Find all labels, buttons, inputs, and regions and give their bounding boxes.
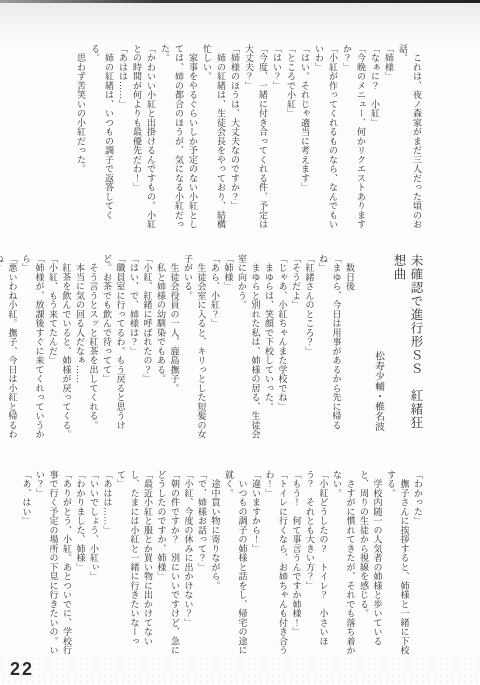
story-author: 松寿少輔・椎名波 bbox=[372, 351, 385, 440]
text-line: 「じゃあ、小紅ちゃんまた学校でね」 bbox=[275, 254, 289, 440]
text-line: 「姉様」 bbox=[382, 44, 396, 230]
text-line: 「小紅どうしたの？ トイレ？ 小さいほう？ それとも大きい方？」 bbox=[303, 470, 330, 656]
text-line: まゆらは、笑顔で下校していった。 bbox=[262, 254, 276, 440]
text-line: 生徒会室に入ると、キリっとした短髪の女子がいる。 bbox=[181, 254, 208, 440]
scan-shading bbox=[0, 3, 480, 45]
text-line: 姉の紅緒は、いつもの調子で返答してくる。 bbox=[88, 44, 116, 230]
text-line: 家事をやるぐらいしか予定のない小紅としては、姉の都合のほうが、気になる小紅だった… bbox=[158, 44, 200, 230]
text-line: 「あら、小紅？」 bbox=[208, 254, 222, 440]
text-area: これは、夜ノ森家がまだ三人だった頃のお話。「姉様」「なぁに？ 小紅」「今晩のメニ… bbox=[20, 44, 424, 656]
text-line: 「姉様が、放課後すぐに来てくれっていうから」 bbox=[19, 254, 46, 440]
text-line: 「まゆら、今日は用事があるから先に帰るね」 bbox=[316, 254, 343, 440]
text-line: 「はい、で、姉様は？」 bbox=[127, 254, 141, 440]
text-line: いつもの調子の姉様と話をし、帰宅の途に就く。 bbox=[222, 470, 249, 656]
text-line: 数日後 bbox=[343, 254, 357, 440]
text-band-middle: 未確認で進行形ＳＳ 紅緒狂想曲 松寿少輔・椎名波 数日後「まゆら、今日は用事があ… bbox=[20, 254, 424, 440]
text-line: これは、夜ノ森家がまだ三人だった頃のお話。 bbox=[396, 44, 424, 230]
text-line: 「そうだよ」 bbox=[289, 254, 303, 440]
text-line: 本当に気の回る人だなぁ…… bbox=[73, 254, 87, 440]
text-line: 「かわいい小紅と出掛けるんですもの。小紅との時間が何よりも最優先だわ！」 bbox=[130, 44, 158, 230]
text-line: 「はい？」 bbox=[270, 44, 284, 230]
text-line: 「いいでしょう、小紅ぃ」 bbox=[87, 470, 101, 656]
text-line: 私と姉様の幼馴染でもある。 bbox=[154, 254, 168, 440]
text-line: 「はい。それじゃ適当に考えます」 bbox=[298, 44, 312, 230]
text-line: 姉の紅緒は、生徒会長をやっており、結構忙しい。 bbox=[200, 44, 228, 230]
text-line: 「ところで小紅」 bbox=[284, 44, 298, 230]
text-line: 「あはは……」 bbox=[100, 470, 114, 656]
text-line: 「姉様」 bbox=[221, 254, 235, 440]
text-band-bottom: 「わかった」 撫子さんに挨拶すると、姉様と一緒に下校する。 学校内随一の人気者の… bbox=[20, 470, 424, 656]
text-line: 「今晩のメニュー、何かリクエストありますか？」 bbox=[340, 44, 368, 230]
text-line: 「わかった」 bbox=[411, 470, 425, 656]
text-line: 「違いますから！」 bbox=[249, 470, 263, 656]
text-line: 「小紅、今度の休みに出かけない？」 bbox=[181, 470, 195, 656]
text-line: 「ありがとう、小紅。あとついでに、学校行事で行く予定の場所の下見に行きたいの。い… bbox=[33, 470, 74, 656]
story-title: 未確認で進行形ＳＳ 紅緒狂想曲 bbox=[390, 254, 424, 440]
text-line: 「姉様のほうは、大丈夫なのですか？」 bbox=[228, 44, 242, 230]
text-line: 「小紅、紅緒に呼ばれたの？」 bbox=[140, 254, 154, 440]
text-line: 「職員室に行ってるわ。もう戻ると思うけど。お茶でも飲んで待ってて」 bbox=[100, 254, 127, 440]
scan-edge bbox=[0, 0, 480, 3]
text-line: 「もう！ 何て事言うんですか姉様！」 bbox=[289, 470, 303, 656]
text-line: 「紅緒さんのところ？」 bbox=[302, 254, 316, 440]
text-line: 「なぁに？ 小紅」 bbox=[368, 44, 382, 230]
text-line: まゆらと別れた私は、姉様の居る、生徒会室に向かう。 bbox=[235, 254, 262, 440]
story-body-middle: 数日後「まゆら、今日は用事があるから先に帰るね」「紅緒さんのところ？」「そうだよ… bbox=[0, 254, 356, 440]
text-line: 思わず苦笑いの小紅だった。 bbox=[74, 44, 88, 230]
text-line: 学校内随一の人気者の姉様と歩いていると、周りの生徒から視線を感じる。 bbox=[357, 470, 384, 656]
text-line: 「小紅、もう来てたんだ」 bbox=[46, 254, 60, 440]
text-line: さすがに慣れてきたが、それでも落ち着かない。 bbox=[330, 470, 357, 656]
scanned-book-page: これは、夜ノ森家がまだ三人だった頃のお話。「姉様」「なぁに？ 小紅」「今晩のメニ… bbox=[0, 0, 480, 685]
text-line: そう言うとスッと紅茶を出してくれる。 bbox=[86, 254, 100, 440]
text-band-top: これは、夜ノ森家がまだ三人だった頃のお話。「姉様」「なぁに？ 小紅」「今晩のメニ… bbox=[20, 44, 424, 230]
text-line: 「わかりました、姉様」 bbox=[73, 470, 87, 656]
page-number: 22 bbox=[10, 659, 34, 680]
scan-halftone-texture bbox=[0, 655, 480, 685]
text-line: 「あはは……」 bbox=[116, 44, 130, 230]
text-line: 「小紅が作ってくれるものなら、なんでもいいわ」 bbox=[312, 44, 340, 230]
text-line: 「あ、はい」 bbox=[19, 470, 33, 656]
text-line: 紅茶を飲んでいると、姉様が戻ってくる。 bbox=[59, 254, 73, 440]
text-line: 「最近小紅と服とか買い物に出かけてないし、たまには小紅と一緒に行きたいなーって」 bbox=[114, 470, 155, 656]
text-line: 「トイレに行くなら、お姉ちゃんも付き合うわ！」 bbox=[262, 470, 289, 656]
text-line: 生徒会役員の一人、鹿島撫子。 bbox=[167, 254, 181, 440]
text-line: 途中買い物に寄りながら。 bbox=[208, 470, 222, 656]
text-line: 「今度、一緒に付き合ってくれる件、予定は大丈夫？」 bbox=[242, 44, 270, 230]
text-line: 「で、姉様お話って？」 bbox=[195, 470, 209, 656]
text-line: 撫子さんに挨拶すると、姉様と一緒に下校する。 bbox=[384, 470, 411, 656]
text-line: 「悪いわね小紅。撫子、今日は小紅と帰るわね」 bbox=[0, 254, 19, 440]
text-line: 「朝の件ですか？ 別にいいですけど、急にどうしたのですか、姉様」 bbox=[154, 470, 181, 656]
